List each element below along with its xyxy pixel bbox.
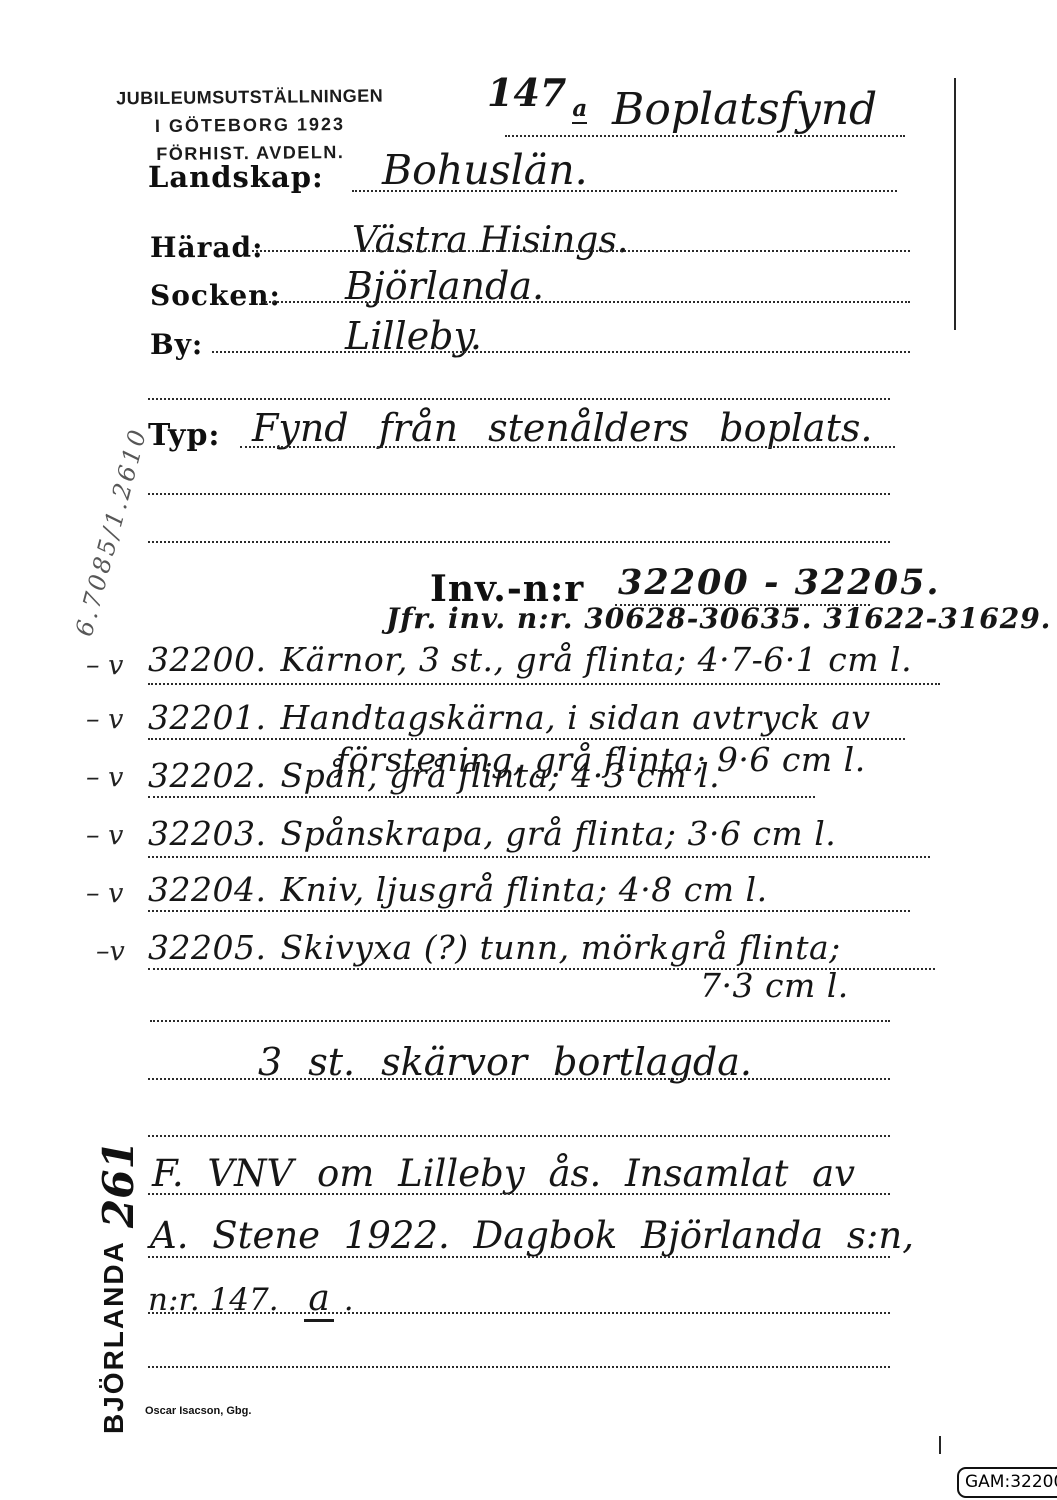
inventory-item-32203: 32203.Spånskrapa, grå flinta; 3·6 cm l. (148, 814, 836, 853)
item-description: Handtagskärna, i sidan avtryck av (280, 698, 870, 737)
header-dotted-line (505, 135, 905, 137)
scan-tick-mark (939, 1436, 941, 1454)
check-mark: – v (86, 820, 123, 851)
typ-dotted-line (240, 446, 895, 448)
landskap-dotted-line (352, 190, 897, 192)
inventory-item-32205-continued: 7·3 cm l. (700, 966, 849, 1005)
socken-dotted-line (262, 301, 910, 303)
discard-dotted-line (148, 1078, 890, 1080)
blank-dotted-line-2 (148, 493, 890, 495)
item-description: Spån, grå flinta; 4·3 cm l. (280, 756, 720, 795)
item-description: Skivyxa (?) tunn, mörkgrå flinta; (280, 928, 840, 967)
provenance-dotted-line-2 (148, 1256, 890, 1258)
margin-diagonal-note: 6.7085/1.2610 (70, 304, 185, 640)
blank-dotted-line-4 (150, 1020, 890, 1022)
find-number: 147a (487, 70, 587, 115)
archive-card-page: JUBILEUMSUTSTÄLLNINGEN I GÖTEBORG 1923 F… (0, 0, 1057, 1500)
printer-credit: Oscar Isacson, Gbg. (145, 1405, 251, 1417)
exhibition-stamp: JUBILEUMSUTSTÄLLNINGEN I GÖTEBORG 1923 F… (115, 83, 386, 169)
provenance-dotted-line-1 (148, 1193, 890, 1195)
field-label-landskap: Landskap: (148, 160, 324, 194)
scan-fold-line (954, 78, 956, 330)
field-value-landskap: Bohuslän. (382, 146, 588, 194)
margin-vertical-parish: BJÖRLANDA (98, 1224, 130, 1434)
blank-dotted-line-6 (148, 1366, 890, 1368)
harad-dotted-line (252, 250, 910, 252)
check-mark: – v (86, 762, 123, 793)
inventory-item-32202: 32202.Spån, grå flinta; 4·3 cm l. (148, 756, 720, 795)
inventory-item-32204: 32204.Kniv, ljusgrå flinta; 4·8 cm l. (148, 870, 768, 909)
item-description: Spånskrapa, grå flinta; 3·6 cm l. (280, 814, 836, 853)
stamp-line-1: JUBILEUMSUTSTÄLLNINGEN (115, 83, 385, 114)
blank-dotted-line-5 (148, 1135, 890, 1137)
provenance-line-2: A. Stene 1922. Dagbok Björlanda s:n, (150, 1214, 914, 1257)
item-dotted-line (148, 683, 940, 685)
item-dotted-line (148, 856, 930, 858)
inventory-item-32201: 32201.Handtagskärna, i sidan avtryck av (148, 698, 871, 737)
margin-vertical-number: 261 (94, 1138, 143, 1228)
item-number: 32205. (148, 928, 266, 967)
field-label-typ: Typ: (148, 418, 221, 453)
item-number: 32204. (148, 870, 266, 909)
inventory-range: 32200 - 32205. (618, 562, 941, 603)
provenance-letter-a: a (304, 1278, 333, 1322)
check-mark: – v (86, 650, 123, 681)
item-description: Kniv, ljusgrå flinta; 4·8 cm l. (280, 870, 767, 909)
blank-dotted-line-3 (148, 541, 890, 543)
item-number: 32201. (148, 698, 266, 737)
item-dotted-line (148, 910, 910, 912)
check-mark: – v (86, 878, 123, 909)
provenance-line-1: F. VNV om Lilleby ås. Insamlat av (152, 1152, 855, 1195)
inventory-item-32200: 32200.Kärnor, 3 st., grå flinta; 4·7-6·1… (148, 640, 912, 679)
item-dotted-line (148, 796, 815, 798)
inventory-reference: Jfr. inv. n:r. 30628-30635. 31622-31629. (386, 602, 1051, 635)
provenance-dotted-line-3 (148, 1312, 890, 1314)
field-label-harad: Härad: (150, 231, 263, 264)
find-number-suffix: a (572, 95, 587, 124)
blank-dotted-line-1 (148, 398, 890, 400)
item-number: 32200. (148, 640, 266, 679)
find-number-value: 147 (487, 70, 566, 115)
check-mark: – v (86, 704, 123, 735)
category-heading: Boplatsfynd (612, 84, 877, 135)
by-dotted-line (212, 351, 910, 353)
item-number: 32202. (148, 756, 266, 795)
stamp-line-2: I GÖTEBORG 1923 (115, 110, 385, 141)
field-value-harad: Västra Hisings. (352, 220, 628, 261)
check-mark: –v (96, 936, 125, 967)
field-value-typ: Fynd från stenålders boplats. (252, 406, 872, 450)
catalog-id-badge: GAM:32200 (957, 1467, 1057, 1498)
inventory-item-32205: 32205.Skivyxa (?) tunn, mörkgrå flinta; (148, 928, 841, 967)
item-number: 32203. (148, 814, 266, 853)
item-description: Kärnor, 3 st., grå flinta; 4·7-6·1 cm l. (280, 640, 912, 679)
